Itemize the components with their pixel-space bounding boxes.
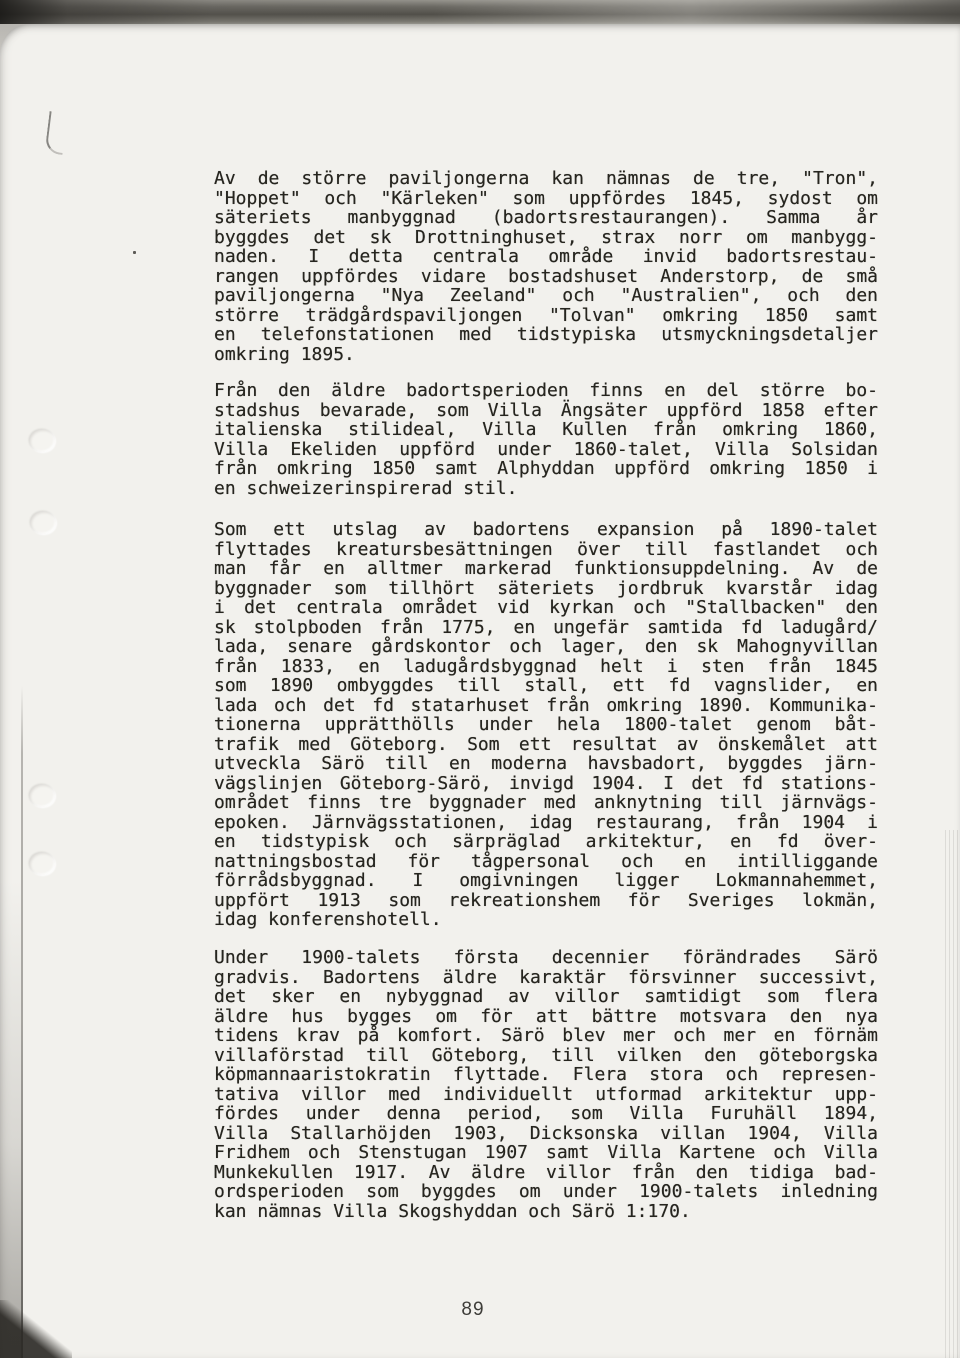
- punch-hole: [29, 852, 55, 875]
- scan-corner-shadow: [0, 1300, 72, 1358]
- punch-hole: [29, 784, 55, 807]
- page-corner-curl-mark: [45, 111, 68, 155]
- punch-hole: [30, 511, 56, 534]
- paragraph-3: Som ett utslag av badortens expansion på…: [214, 520, 878, 930]
- paragraph-4: Under 1900-talets första decennier förän…: [214, 948, 878, 1221]
- fold-crease-line: [21, 686, 23, 1358]
- scan-edge-left-shadow: [0, 880, 21, 1358]
- paragraph-2: Från den äldre badortsperioden finns en …: [214, 381, 878, 498]
- page-number: 89: [452, 1299, 494, 1321]
- paragraph-1: Av de större paviljongerna kan nämnas de…: [214, 169, 878, 364]
- scan-speck: [133, 251, 136, 254]
- punch-hole: [29, 429, 55, 452]
- scan-edge-streaks: [945, 830, 960, 1358]
